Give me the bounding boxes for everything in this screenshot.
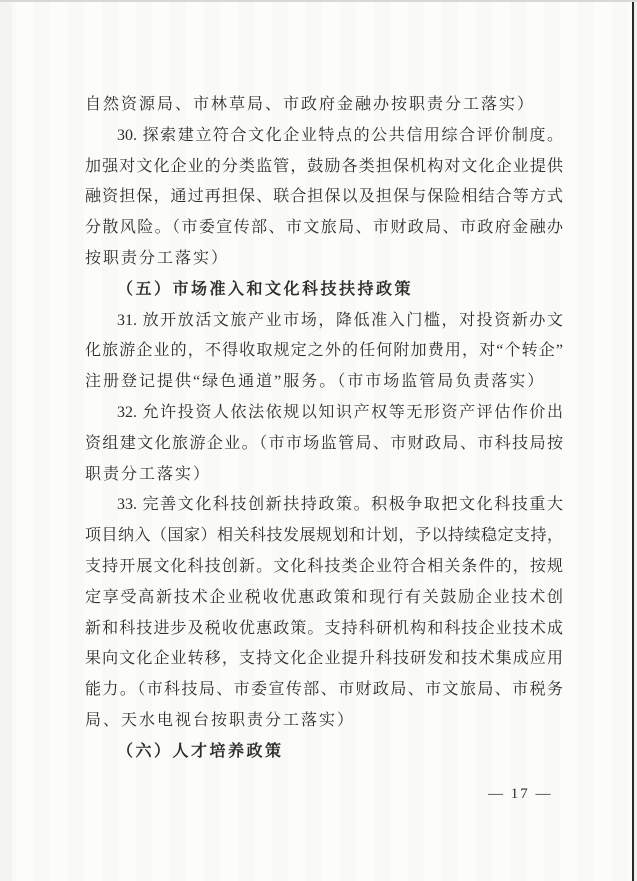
text-line: 新和科技进步及税收优惠政策。支持科研机构和科技企业技术成 — [85, 614, 563, 645]
text-line: 31. 放开放活文旅产业市场，降低准入门槛，对投资新办文 — [85, 306, 563, 337]
text-block: 自然资源局、市林草局、市政府金融办按职责分工落实）30. 探索建立符合文化企业特… — [85, 90, 563, 768]
text-line: 33. 完善文化科技创新扶持政策。积极争取把文化科技重大 — [85, 490, 563, 521]
text-line: 加强对文化企业的分类监管，鼓励各类担保机构对文化企业提供 — [85, 152, 563, 183]
text-line: 分散风险。（市委宣传部、市文旅局、市财政局、市政府金融办 — [85, 213, 563, 244]
text-line: 32. 允许投资人依法依规以知识产权等无形资产评估作价出 — [85, 398, 563, 429]
text-line: 能力。（市科技局、市委宣传部、市财政局、市文旅局、市税务 — [85, 675, 563, 706]
text-line: 化旅游企业的，不得收取规定之外的任何附加费用，对“个转企” — [85, 336, 563, 367]
text-line: 30. 探索建立符合文化企业特点的公共信用综合评价制度。 — [85, 121, 563, 152]
text-line: 定享受高新技术企业税收优惠政策和现行有关鼓励企业技术创 — [85, 583, 563, 614]
text-line: 局、天水电视台按职责分工落实） — [85, 706, 563, 737]
text-line: 支持开展文化科技创新。文化科技类企业符合相关条件的，按规 — [85, 552, 563, 583]
text-line: 按职责分工落实） — [85, 244, 563, 275]
scan-edge-top — [0, 0, 637, 2]
text-line: 注册登记提供“绿色通道”服务。（市市场监管局负责落实） — [85, 367, 563, 398]
scan-edge-left — [0, 0, 12, 881]
scan-edge-right — [632, 0, 634, 881]
page-number: — 17 — — [488, 786, 553, 803]
text-line: 项目纳入（国家）相关科技发展规划和计划，予以持续稳定支持， — [85, 521, 563, 552]
section-heading: （六）人才培养政策 — [85, 737, 563, 768]
document-page: 自然资源局、市林草局、市政府金融办按职责分工落实）30. 探索建立符合文化企业特… — [0, 0, 637, 881]
section-heading: （五）市场准入和文化科技扶持政策 — [85, 275, 563, 306]
text-line: 职责分工落实） — [85, 460, 563, 491]
text-line: 自然资源局、市林草局、市政府金融办按职责分工落实） — [85, 90, 563, 121]
text-line: 果向文化企业转移，支持文化企业提升科技研发和技术集成应用 — [85, 644, 563, 675]
text-line: 融资担保，通过再担保、联合担保以及担保与保险相结合等方式 — [85, 182, 563, 213]
text-line: 资组建文化旅游企业。（市市场监管局、市财政局、市科技局按 — [85, 429, 563, 460]
